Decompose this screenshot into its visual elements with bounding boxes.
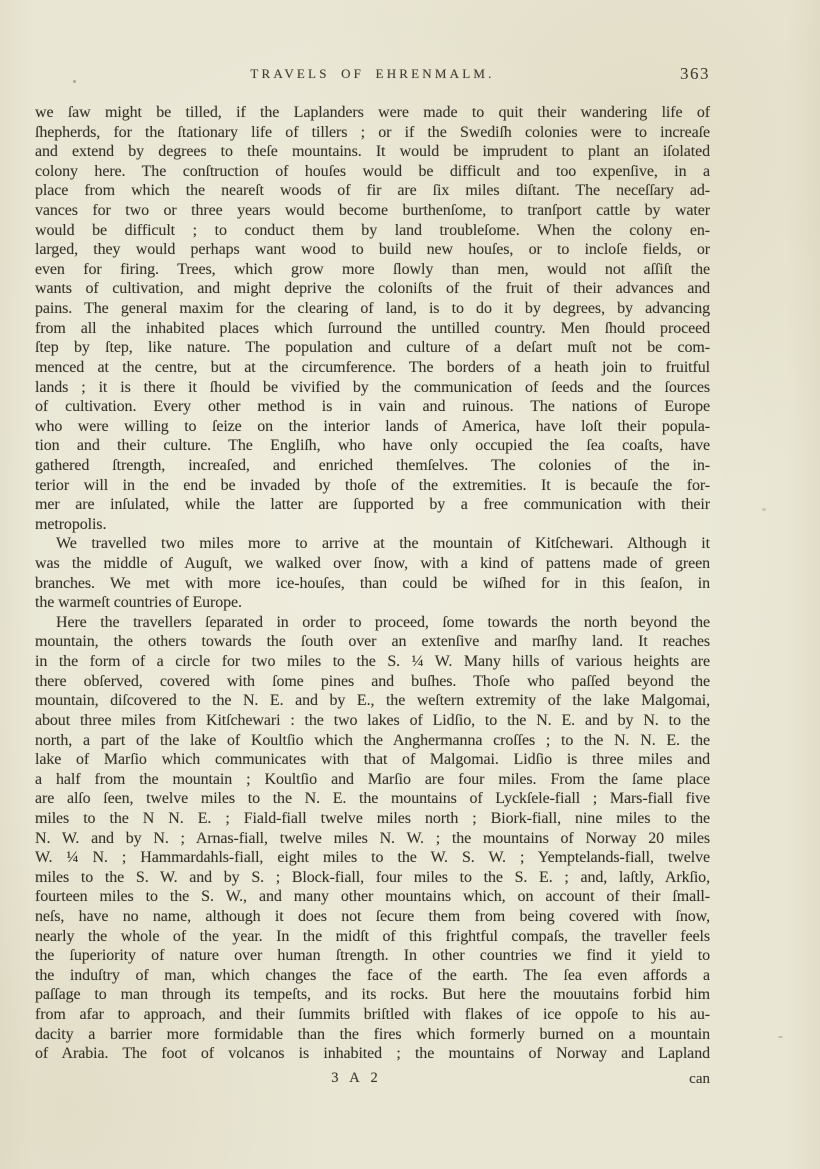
signature-mark: 3 A 2 [331, 1070, 382, 1087]
text-line: metropolis. [35, 515, 710, 535]
text-line: gathered ſtrength, increaſed, and enrich… [35, 456, 710, 476]
paragraph: We travelled two miles more to arrive at… [35, 534, 710, 612]
text-line: N. W. and by N. ; Arnas-fiall, twelve mi… [35, 829, 710, 849]
page-number: 363 [680, 64, 710, 84]
text-line: would be difficult ; to conduct them by … [35, 221, 710, 241]
text-line: wants of cultivation, and might deprive … [35, 279, 710, 299]
text-line: who were willing to ſeize on the interio… [35, 417, 710, 437]
text-line: a half from the mountain ; Koultſio and … [35, 770, 710, 790]
text-line: vances for two or three years would beco… [35, 201, 710, 221]
text-line: mountain, the others towards the ſouth o… [35, 632, 710, 652]
text-line: tion and their culture. The Engliſh, who… [35, 436, 710, 456]
text-line: nearly the whole of the year. In the mid… [35, 927, 710, 947]
text-line: we ſaw might be tilled, if the Laplander… [35, 103, 710, 123]
text-line: We travelled two miles more to arrive at… [35, 534, 710, 554]
paper-speck [778, 1036, 783, 1038]
text-line: from all the inhabited places which ſurr… [35, 319, 710, 339]
paper-speck [73, 80, 76, 83]
text-line: north, a part of the lake of Koultſio wh… [35, 731, 710, 751]
text-line: of cultivation. Every other method is in… [35, 397, 710, 417]
text-line: paſſage to man through its tempeſts, and… [35, 985, 710, 1005]
text-line: in the form of a circle for two miles to… [35, 652, 710, 672]
text-line: menced at the centre, but at the circumf… [35, 358, 710, 378]
book-page-scan: TRAVELS OF EHRENMALM. 363 we ſaw might b… [0, 0, 820, 1169]
text-line: there obſerved, covered with ſome pines … [35, 672, 710, 692]
text-line: of Arabia. The foot of volcanos is inhab… [35, 1044, 710, 1064]
text-line: about three miles from Kitſchewari : the… [35, 711, 710, 731]
text-line: even for firing. Trees, which grow more … [35, 260, 710, 280]
text-line: from afar to approach, and their ſummits… [35, 1005, 710, 1025]
text-line: and extend by degrees to theſe mountains… [35, 142, 710, 162]
text-line: terior will in the end be invaded by tho… [35, 476, 710, 496]
page-footer: 3 A 2 can [35, 1070, 710, 1090]
text-line: ſtep by ſtep, like nature. The populatio… [35, 338, 710, 358]
text-line: ſhepherds, for the ſtationary life of ti… [35, 123, 710, 143]
text-line: mountain, diſcovered to the N. E. and by… [35, 691, 710, 711]
text-line: fourteen miles to the S. W., and many ot… [35, 887, 710, 907]
text-line: W. ¼ N. ; Hammardahls-fiall, eight miles… [35, 848, 710, 868]
page-title: TRAVELS OF EHRENMALM. [35, 66, 710, 82]
text-line: miles to the N N. E. ; Fiald-fiall twelv… [35, 809, 710, 829]
text-line: miles to the S. W. and by S. ; Block-fia… [35, 868, 710, 888]
text-line: place from which the neareſt woods of fi… [35, 181, 710, 201]
text-line: the induſtry of man, which changes the f… [35, 966, 710, 986]
text-line: branches. We met with more ice-houſes, t… [35, 574, 710, 594]
text-line: pains. The general maxim for the clearin… [35, 299, 710, 319]
text-line: are alſo ſeen, twelve miles to the N. E.… [35, 789, 710, 809]
text-line: mer are inſulated, while the latter are … [35, 495, 710, 515]
running-head: TRAVELS OF EHRENMALM. 363 [35, 66, 710, 88]
text-line: lake of Marſio which communicates with t… [35, 750, 710, 770]
text-line: the warmeſt countries of Europe. [35, 593, 710, 613]
text-line: was the middle of Auguſt, we walked over… [35, 554, 710, 574]
page-body: we ſaw might be tilled, if the Laplander… [35, 103, 710, 1064]
paper-speck [762, 508, 766, 511]
text-line: larged, they would perhaps want wood to … [35, 240, 710, 260]
text-line: the ſuperiority of nature over human ſtr… [35, 946, 710, 966]
text-line: Here the travellers ſeparated in order t… [35, 613, 710, 633]
catchword: can [689, 1071, 710, 1088]
text-line: colony here. The conſtruction of houſes … [35, 162, 710, 182]
paragraph: Here the travellers ſeparated in order t… [35, 613, 710, 1064]
paragraph: we ſaw might be tilled, if the Laplander… [35, 103, 710, 534]
text-line: lands ; it is there it ſhould be vivifie… [35, 378, 710, 398]
paper-speck [548, 136, 551, 138]
text-line: dacity a barrier more formidable than th… [35, 1025, 710, 1045]
text-line: neſs, have no name, although it does not… [35, 907, 710, 927]
